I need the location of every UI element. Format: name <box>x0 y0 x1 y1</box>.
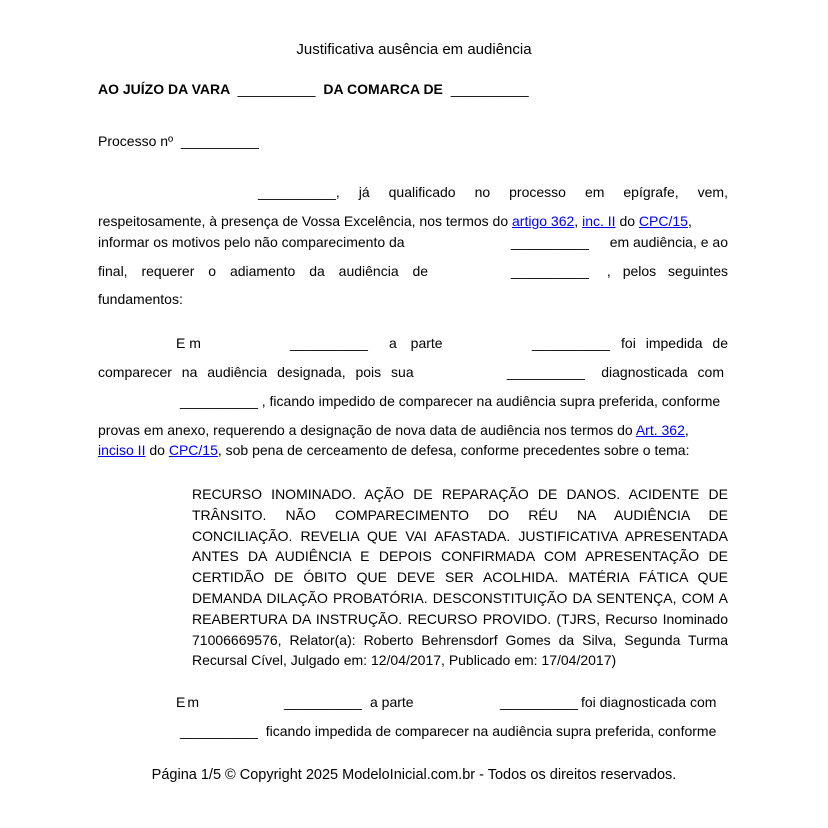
comma: , <box>574 213 578 229</box>
p1-line2-text: respeitosamente, à presença de Vossa Exc… <box>98 213 508 229</box>
diagnosis-blank[interactable]: __________ <box>180 393 258 409</box>
p2-line2-post: diagnosticada com <box>601 363 724 381</box>
paragraph-1-line-1: __________, já qualificado no processo e… <box>258 183 728 201</box>
quote-line: CERTIDÃO DE ÓBITO QUE DEVE SER ACOLHIDA.… <box>192 567 728 588</box>
p2-line4-text: provas em anexo, requerendo a designação… <box>98 422 633 438</box>
p1-line4-post: , pelos seguintes <box>607 262 728 280</box>
paragraph-2-line-5: inciso II do CPC/15, sob pena de cerceam… <box>98 441 689 459</box>
vara-blank[interactable]: __________ <box>238 81 316 97</box>
quote-line: DEMANDA DILAÇÃO PROBATÓRIA. DESCONSTITUI… <box>192 588 728 609</box>
p2-line3-text: , ficando impedido de comparecer na audi… <box>262 393 720 409</box>
link-inc-ii[interactable]: inc. II <box>582 213 615 229</box>
comma: , <box>685 422 689 438</box>
quote-line: ANTES DA AUDIÊNCIA E DEPOIS CONFIRMADA C… <box>192 546 728 567</box>
p2-line5-text: , sob pena de cerceamento de defesa, con… <box>218 442 690 458</box>
paragraph-1-line-5: fundamentos: <box>98 290 183 308</box>
p1-line1-text: , já qualificado no processo em epígrafe… <box>336 184 728 200</box>
quote-line: RECURSO INOMINADO. AÇÃO DE REPARAÇÃO DE … <box>192 484 728 505</box>
link-cpc-15-2[interactable]: CPC/15 <box>169 442 218 458</box>
link-inciso-ii[interactable]: inciso II <box>98 442 145 458</box>
paragraph-1-line-2: respeitosamente, à presença de Vossa Exc… <box>98 212 728 230</box>
p2-foi-impedida: foi impedida de <box>621 334 728 352</box>
p2-em: E m <box>176 334 201 352</box>
p1-line4-pre: final, requerer o adiamento da audiência… <box>98 262 428 280</box>
absent-party-blank[interactable]: __________ <box>511 233 589 251</box>
date-blank[interactable]: __________ <box>290 334 368 352</box>
p3-line2-text: ficando impedida de comparecer na audiên… <box>266 723 717 739</box>
quote-line: CONCILIAÇÃO. REVELIA QUE VAI AFASTADA. J… <box>192 526 728 547</box>
paragraph-2-line-3: __________ , ficando impedido de compare… <box>180 392 720 410</box>
comarca-blank[interactable]: __________ <box>451 81 529 97</box>
comarca-label: DA COMARCA DE <box>323 81 443 97</box>
processo-label: Processo nº <box>98 133 173 149</box>
p1-line3-post: em audiência, e ao <box>610 233 728 251</box>
party-blank-3[interactable]: __________ <box>500 693 578 711</box>
quote-line: 71006669576, Relator(a): Roberto Behrens… <box>192 630 728 651</box>
do-text: do <box>149 442 165 458</box>
quote-line: REABERTURA DA INSTRUÇÃO. RECURSO PROVIDO… <box>192 609 728 630</box>
diagnosis-blank-2[interactable]: __________ <box>180 723 258 739</box>
document-title: Justificativa ausência em audiência <box>0 41 828 59</box>
processo-line: Processo nº __________ <box>98 132 259 150</box>
date-blank-2[interactable]: __________ <box>284 693 362 711</box>
quote-line: TRÂNSITO. NÃO COMPARECIMENTO DO RÉU NA A… <box>192 505 728 526</box>
jurisprudence-quote: RECURSO INOMINADO. AÇÃO DE REPARAÇÃO DE … <box>192 484 728 671</box>
p2-a-parte: a parte <box>389 334 443 352</box>
party-blank-2[interactable]: __________ <box>532 334 610 352</box>
relative-blank[interactable]: __________ <box>507 363 585 381</box>
p3-a-parte: a parte <box>370 693 414 711</box>
vara-label: AO JUÍZO DA VARA <box>98 81 230 97</box>
quote-line: Recursal Cível, Julgado em: 12/04/2017, … <box>192 650 728 671</box>
p3-em: Em <box>176 693 201 711</box>
paragraph-3-line-2: __________ ficando impedida de comparece… <box>180 722 716 740</box>
comma: , <box>688 213 692 229</box>
hearing-date-blank[interactable]: __________ <box>511 262 589 280</box>
court-header: AO JUÍZO DA VARA __________ DA COMARCA D… <box>98 80 529 98</box>
do-text: do <box>619 213 635 229</box>
link-artigo-362[interactable]: artigo 362 <box>512 213 574 229</box>
page-footer: Página 1/5 © Copyright 2025 ModeloInicia… <box>0 766 828 784</box>
p2-line2-pre: comparecer na audiência designada, pois … <box>98 363 414 381</box>
p3-foi-diagnosticada: foi diagnosticada com <box>581 693 716 711</box>
paragraph-2-line-4: provas em anexo, requerendo a designação… <box>98 421 689 439</box>
party-blank[interactable]: __________ <box>258 184 336 200</box>
link-cpc-15[interactable]: CPC/15 <box>639 213 688 229</box>
p1-line3-pre: informar os motivos pelo não comparecime… <box>98 233 405 251</box>
processo-blank[interactable]: __________ <box>181 133 259 149</box>
link-art-362[interactable]: Art. 362 <box>636 422 685 438</box>
